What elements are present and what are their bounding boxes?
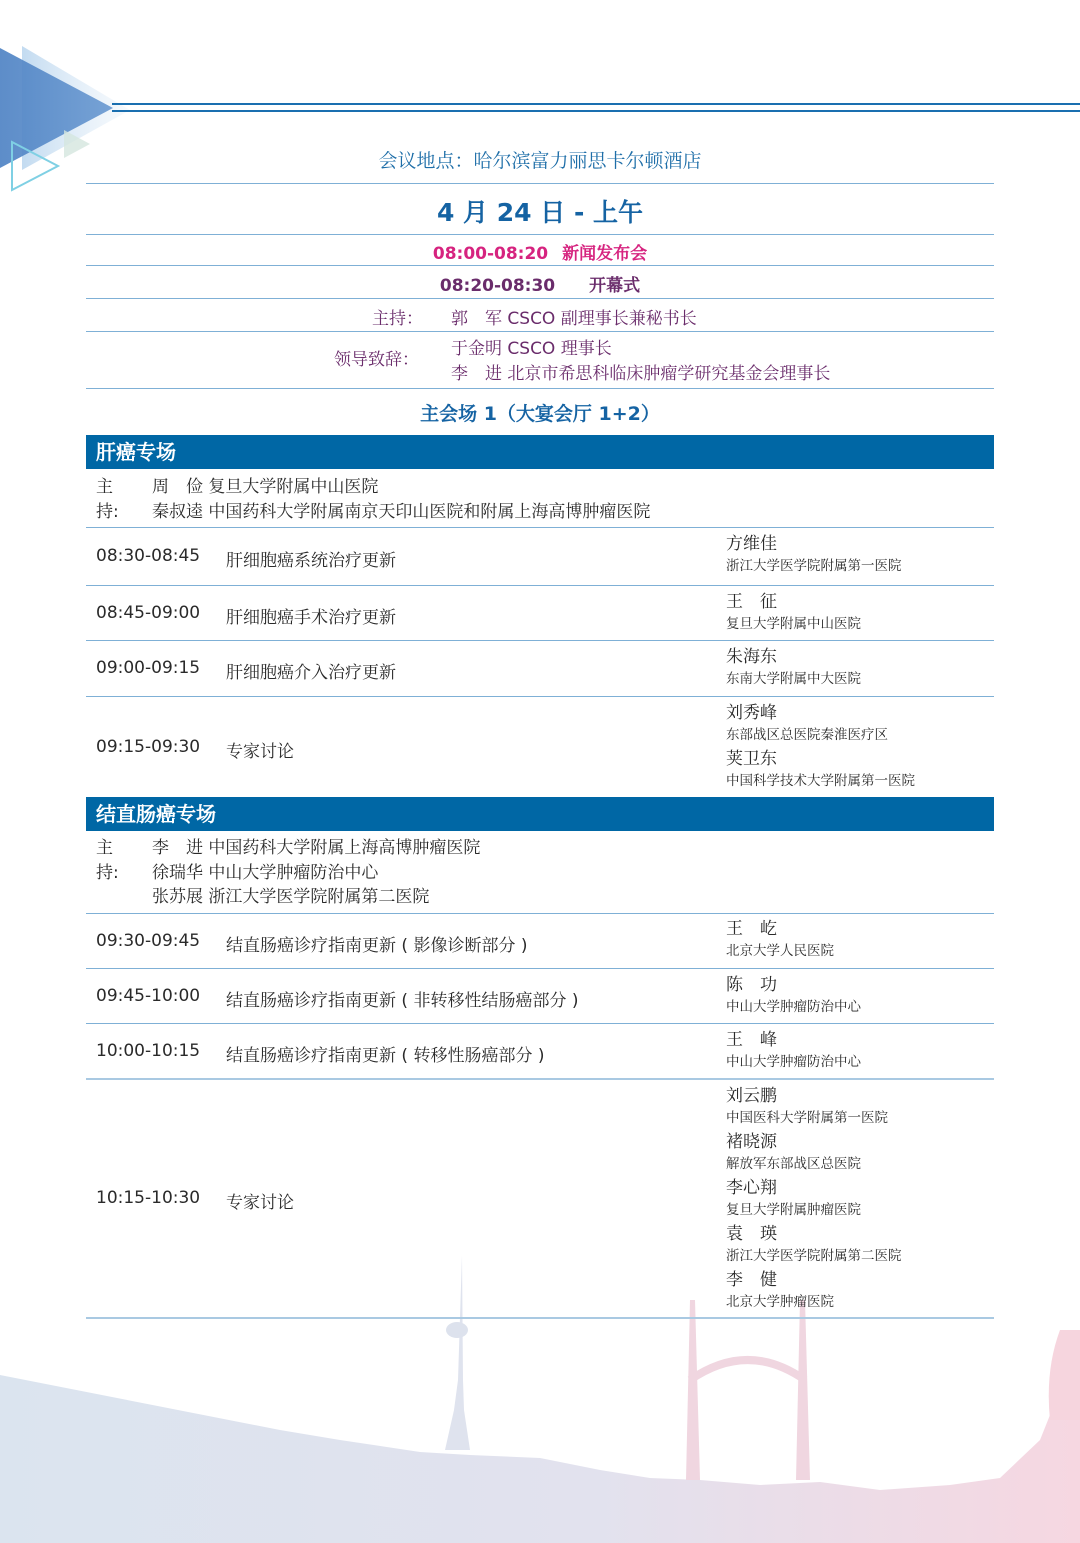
skyline-decoration: [0, 1250, 1080, 1543]
divider: [86, 265, 994, 266]
speaker-org: 解放军东部战区总医院: [726, 1155, 902, 1177]
speaker-name: 刘秀峰: [726, 702, 915, 726]
divider: [86, 1317, 994, 1319]
chair-line: 周 俭 复旦大学附属中山医院: [152, 475, 650, 500]
section-header-colorectal-cancer: 结直肠癌专场: [86, 797, 994, 831]
date-heading: 4 月 24 日 - 上午: [86, 193, 994, 229]
speech-list: 于金明 CSCO 理事长 李 进 北京市希思科临床肿瘤学研究基金会理事长: [451, 337, 830, 387]
agenda-time: 08:30-08:45: [96, 546, 200, 566]
speaker-org: 复旦大学附属肿瘤医院: [726, 1201, 902, 1223]
speaker-list: 王 征 复旦大学附属中山医院: [726, 591, 861, 637]
speaker-org: 东部战区总医院秦淮医疗区: [726, 726, 915, 748]
divider: [86, 913, 994, 914]
agenda-topic: 专家讨论: [226, 737, 294, 762]
speaker-list: 王 峰 中山大学肿瘤防治中心: [726, 1029, 861, 1075]
speaker-org: 浙江大学医学院附属第二医院: [726, 1247, 902, 1269]
chair-label: 主持:: [96, 836, 119, 885]
agenda-topic: 肝细胞癌系统治疗更新: [226, 546, 396, 571]
agenda-time: 09:00-09:15: [96, 658, 200, 678]
speaker-name: 方维佳: [726, 533, 902, 557]
ceremony-time: 08:20-08:30: [440, 276, 555, 296]
speaker-name: 陈 功: [726, 974, 861, 998]
speaker-org: 中山大学肿瘤防治中心: [726, 1053, 861, 1075]
divider: [86, 234, 994, 235]
agenda-time: 09:45-10:00: [96, 986, 200, 1006]
chair-line: 徐瑞华 中山大学肿瘤防治中心: [152, 861, 480, 886]
speech-line: 于金明 CSCO 理事长: [451, 337, 830, 362]
speaker-name: 褚晓源: [726, 1131, 902, 1155]
speech-line: 李 进 北京市希思科临床肿瘤学研究基金会理事长: [451, 362, 830, 387]
host-value: 郭 军 CSCO 副理事长兼秘书长: [451, 304, 697, 329]
chair-line: 张苏展 浙江大学医学院附属第二医院: [152, 885, 480, 910]
speaker-name: 王 征: [726, 591, 861, 615]
speaker-list: 陈 功 中山大学肿瘤防治中心: [726, 974, 861, 1020]
press-title: 新闻发布会: [562, 239, 647, 264]
divider: [86, 1078, 994, 1080]
agenda-topic: 肝细胞癌手术治疗更新: [226, 603, 396, 628]
speaker-org: 浙江大学医学院附属第一医院: [726, 557, 902, 579]
speaker-list: 朱海东 东南大学附属中大医院: [726, 646, 861, 692]
chair-line: 秦叔逵 中国药科大学附属南京天印山医院和附属上海高博肿瘤医院: [152, 500, 650, 525]
speaker-org: 中国医科大学附属第一医院: [726, 1109, 902, 1131]
speaker-name: 李心翔: [726, 1177, 902, 1201]
divider: [86, 183, 994, 184]
speech-label: 领导致辞：: [334, 345, 419, 370]
agenda-time: 10:15-10:30: [96, 1188, 200, 1208]
divider: [86, 331, 994, 332]
divider: [86, 298, 994, 299]
speaker-name: 朱海东: [726, 646, 861, 670]
agenda-time: 10:00-10:15: [96, 1041, 200, 1061]
speaker-name: 王 屹: [726, 918, 834, 942]
speaker-org: 东南大学附属中大医院: [726, 670, 861, 692]
chair-line: 李 进 中国药科大学附属上海高博肿瘤医院: [152, 836, 480, 861]
press-conference-row: 08:00-08:20新闻发布会: [86, 239, 994, 264]
divider: [86, 968, 994, 969]
divider: [86, 696, 994, 697]
speaker-list: 刘秀峰 东部战区总医院秦淮医疗区 荚卫东 中国科学技术大学附属第一医院: [726, 702, 915, 794]
agenda-topic: 肝细胞癌介入治疗更新: [226, 658, 396, 683]
host-label: 主持：: [372, 304, 423, 329]
speaker-list: 方维佳 浙江大学医学院附属第一医院: [726, 533, 902, 579]
divider: [86, 527, 994, 528]
agenda-time: 09:15-09:30: [96, 737, 200, 757]
speaker-org: 北京大学肿瘤医院: [726, 1293, 902, 1315]
speaker-name: 荚卫东: [726, 748, 915, 772]
section-header-liver-cancer: 肝癌专场: [86, 435, 994, 469]
speaker-org: 北京大学人民医院: [726, 942, 834, 964]
divider: [86, 388, 994, 389]
speaker-org: 中国科学技术大学附属第一医院: [726, 772, 915, 794]
speaker-name: 刘云鹏: [726, 1085, 902, 1109]
agenda-time: 09:30-09:45: [96, 931, 200, 951]
hall-title: 主会场 1（大宴会厅 1+2）: [86, 399, 994, 426]
agenda-topic: 专家讨论: [226, 1188, 294, 1213]
venue-title: 会议地点：哈尔滨富力丽思卡尔顿酒店: [86, 146, 994, 173]
agenda-topic: 结直肠癌诊疗指南更新 ( 影像诊断部分 ): [226, 931, 527, 956]
agenda-time: 08:45-09:00: [96, 603, 200, 623]
opening-ceremony-row: 08:20-08:30开幕式: [86, 271, 994, 296]
divider: [86, 1023, 994, 1024]
speaker-org: 中山大学肿瘤防治中心: [726, 998, 861, 1020]
speaker-list: 王 屹 北京大学人民医院: [726, 918, 834, 964]
speaker-org: 复旦大学附属中山医院: [726, 615, 861, 637]
divider: [86, 585, 994, 586]
ceremony-title: 开幕式: [589, 271, 640, 296]
press-time: 08:00-08:20: [433, 244, 548, 264]
speaker-name: 李 健: [726, 1269, 902, 1293]
divider: [86, 640, 994, 641]
speaker-list: 刘云鹏 中国医科大学附属第一医院 褚晓源 解放军东部战区总医院 李心翔 复旦大学…: [726, 1085, 902, 1315]
speaker-name: 袁 瑛: [726, 1223, 902, 1247]
chair-label: 主持:: [96, 475, 119, 524]
agenda-topic: 结直肠癌诊疗指南更新 ( 转移性肠癌部分 ): [226, 1041, 544, 1066]
speaker-name: 王 峰: [726, 1029, 861, 1053]
agenda-topic: 结直肠癌诊疗指南更新 ( 非转移性结肠癌部分 ): [226, 986, 578, 1011]
